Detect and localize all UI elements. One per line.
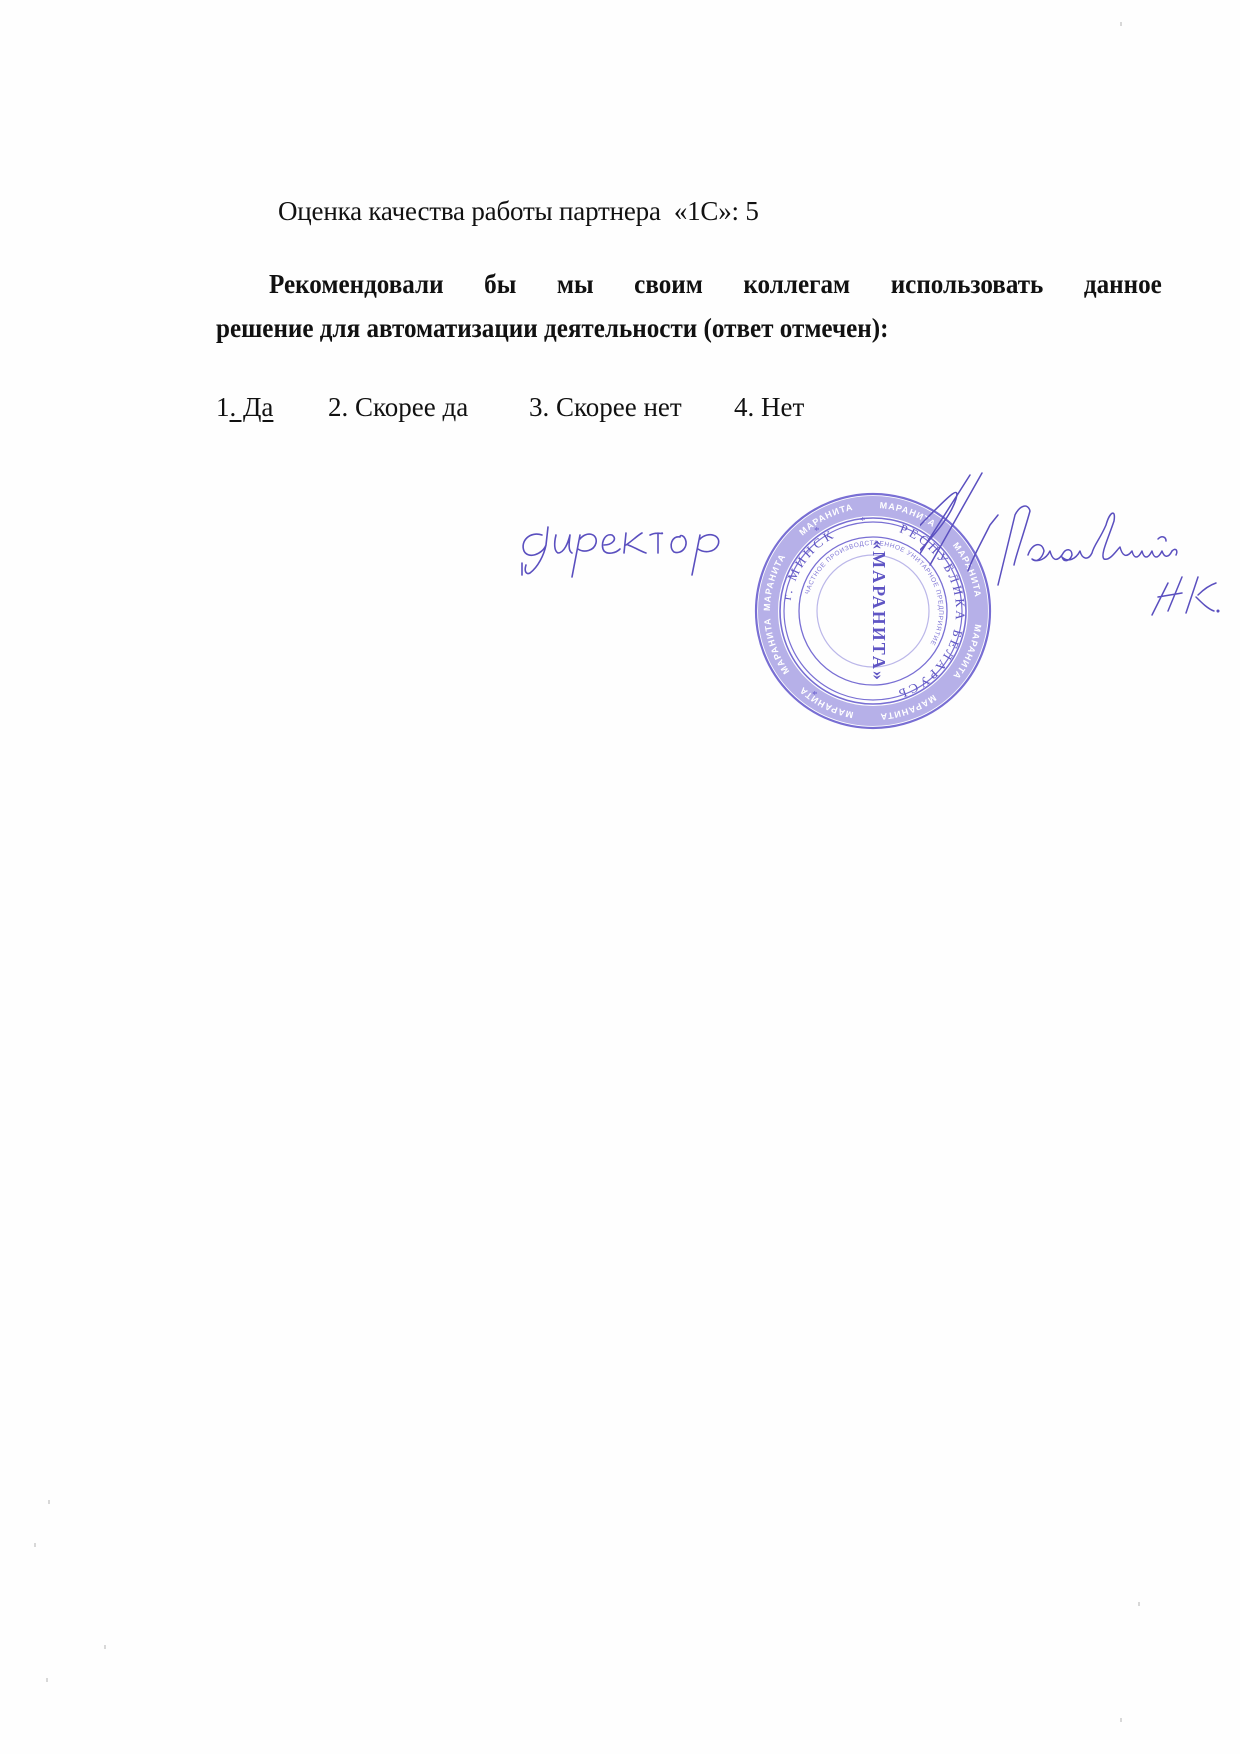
- scan-speck: [46, 1678, 48, 1682]
- option-rather-yes: 2. Скорее да: [328, 392, 468, 423]
- signature: Марковский Н.К.: [920, 455, 1220, 625]
- option-rather-no: 3. Скорее нет: [529, 392, 682, 423]
- option-selected-marker: . Да: [230, 392, 274, 422]
- scan-speck: [1138, 1602, 1140, 1606]
- scan-speck: [1120, 1718, 1122, 1722]
- recommendation-question: Рекомендовали бы мы своим коллегам испол…: [216, 262, 1164, 350]
- scan-speck: [104, 1645, 106, 1649]
- svg-text:«МАРАНИТА»: «МАРАНИТА»: [869, 540, 889, 682]
- svg-text:*: *: [860, 515, 866, 527]
- option-yes: 1. Да: [216, 392, 273, 423]
- partner-rating-line: Оценка качества работы партнера «1С»: 5: [278, 196, 759, 227]
- scan-speck: [1120, 22, 1122, 26]
- question-line-1: Рекомендовали бы мы своим коллегам испол…: [216, 262, 1162, 306]
- svg-text:*: *: [814, 525, 820, 537]
- question-line-2: решение для автоматизации деятельности (…: [216, 306, 1146, 350]
- scan-speck: [34, 1543, 36, 1547]
- svg-text:*: *: [812, 689, 818, 701]
- option-no: 4. Нет: [734, 392, 804, 423]
- scan-speck: [48, 1500, 50, 1504]
- handwritten-position-director: директор: [512, 505, 732, 585]
- document-page: Оценка качества работы партнера «1С»: 5 …: [0, 0, 1240, 1754]
